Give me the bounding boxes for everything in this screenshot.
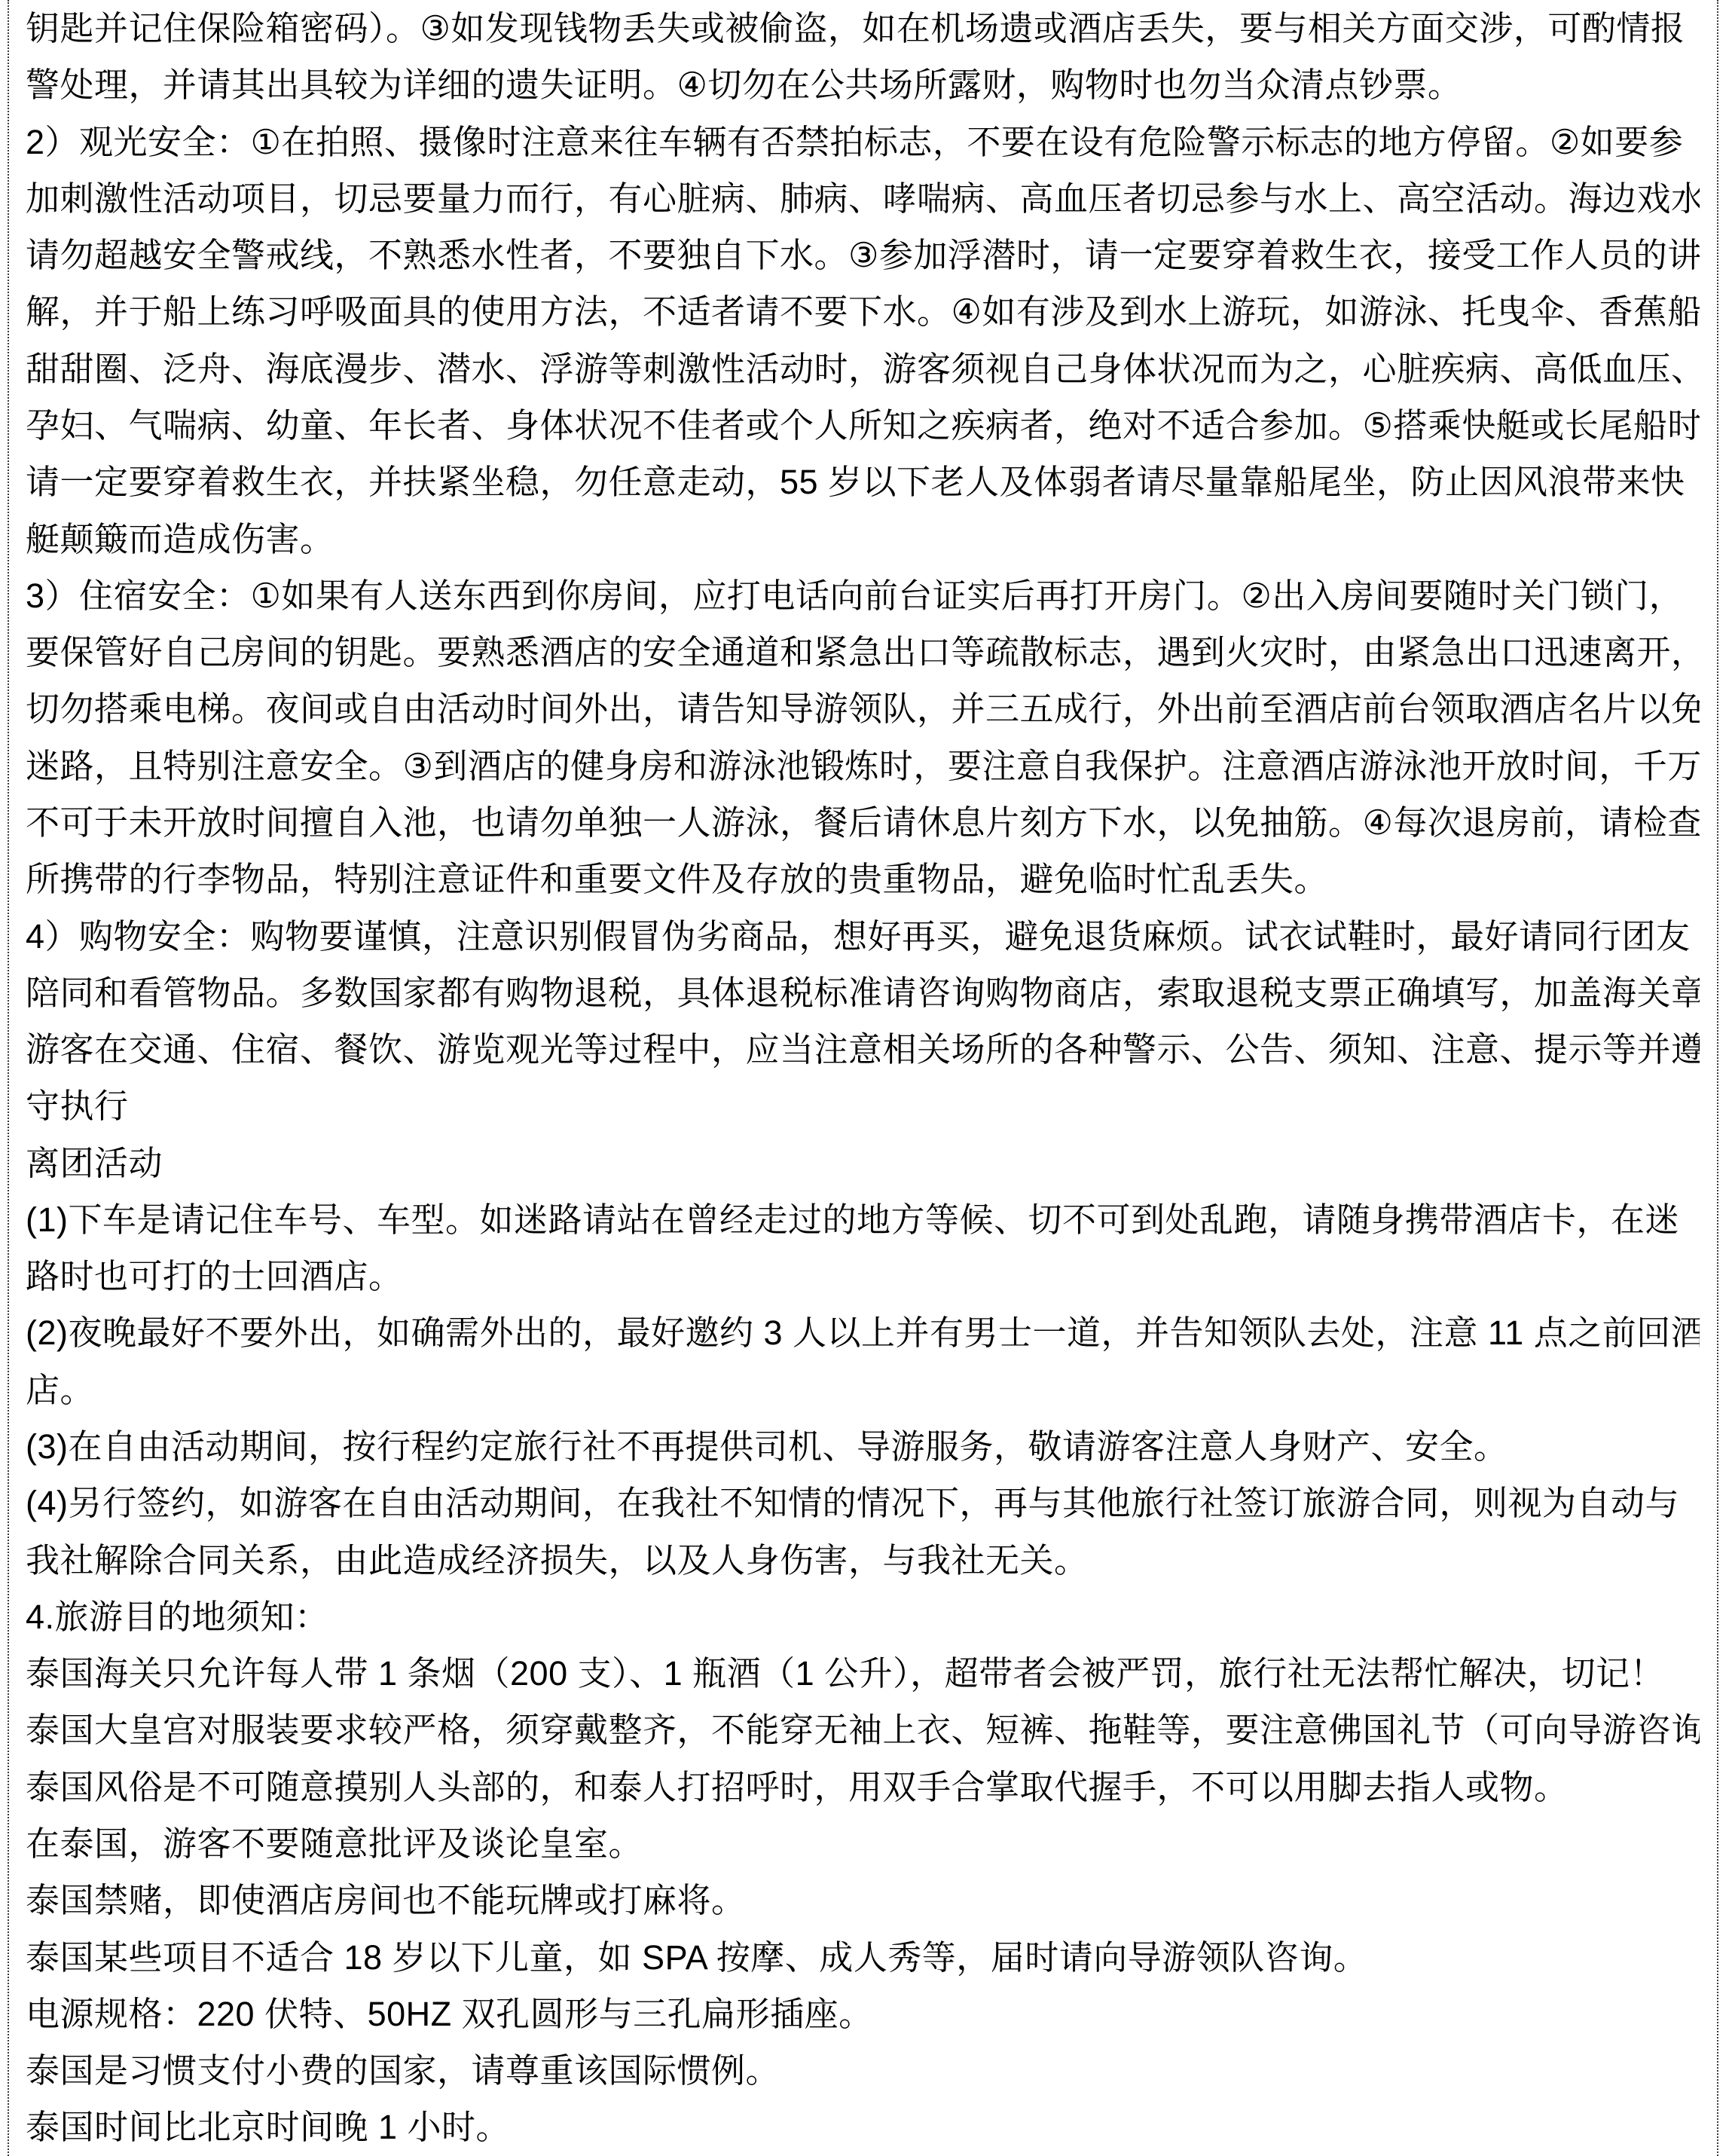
text-line: 4）购物安全：购物要谨慎，注意识别假冒伪劣商品，想好再买，避免退货麻烦。试衣试鞋… (26, 908, 1700, 965)
text-line: 游客在交通、住宿、餐饮、游览观光等过程中，应当注意相关场所的各种警示、公告、须知… (26, 1021, 1700, 1078)
text-line: (3)在自由活动期间，按行程约定旅行社不再提供司机、导游服务，敬请游客注意人身财… (26, 1418, 1700, 1475)
text-line: 泰国是习惯支付小费的国家，请尊重该国际惯例。 (26, 2042, 1700, 2099)
text-line: 2）观光安全：①在拍照、摄像时注意来往车辆有否禁拍标志，不要在设有危险警示标志的… (26, 114, 1700, 170)
text-line: 警处理，并请其出具较为详细的遗失证明。④切勿在公共场所露财，购物时也勿当众清点钞… (26, 57, 1700, 113)
text-line: 我社解除合同关系，由此造成经济损失，以及人身伤害，与我社无关。 (26, 1532, 1700, 1589)
text-line: 电源规格：220 伏特、50HZ 双孔圆形与三孔扁形插座。 (26, 1986, 1700, 2042)
left-margin-guide (8, 0, 9, 2156)
document-page: 钥匙并记住保险箱密码）。③如发现钱物丢失或被偷盗，如在机场遗或酒店丢失，要与相关… (0, 0, 1732, 2156)
text-line: 所携带的行李物品，特别注意证件和重要文件及存放的贵重物品，避免临时忙乱丢失。 (26, 851, 1700, 907)
text-line: (2)夜晚最好不要外出，如确需外出的，最好邀约 3 人以上并有男士一道，并告知领… (26, 1304, 1700, 1361)
text-line: 4.旅游目的地须知： (26, 1589, 1700, 1645)
text-line: 钥匙并记住保险箱密码）。③如发现钱物丢失或被偷盗，如在机场遗或酒店丢失，要与相关… (26, 0, 1700, 57)
text-line: 切勿搭乘电梯。夜间或自由活动时间外出，请告知导游领队，并三五成行，外出前至酒店前… (26, 680, 1700, 737)
text-line: 泰国时间比北京时间晚 1 小时。 (26, 2099, 1700, 2155)
text-line: 迷路，且特别注意安全。③到酒店的健身房和游泳池锻炼时，要注意自我保护。注意酒店游… (26, 738, 1700, 794)
text-line: 加刺激性活动项目，切忌要量力而行，有心脏病、肺病、哮喘病、高血压者切忌参与水上、… (26, 170, 1700, 227)
text-line: 艇颠簸而造成伤害。 (26, 511, 1700, 567)
text-line: 离团活动 (26, 1135, 1700, 1191)
text-line: 陪同和看管物品。多数国家都有购物退税，具体退税标准请咨询购物商店，索取退税支票正… (26, 965, 1700, 1021)
text-line: 甜甜圈、泛舟、海底漫步、潜水、浮游等刺激性活动时，游客须视自己身体状况而为之，心… (26, 341, 1700, 397)
text-line: 守执行 (26, 1078, 1700, 1134)
text-line: 3）住宿安全：①如果有人送东西到你房间，应打电话向前台证实后再打开房门。②出入房… (26, 567, 1700, 624)
text-line: 请勿超越安全警戒线，不熟悉水性者，不要独自下水。③参加浮潜时，请一定要穿着救生衣… (26, 227, 1700, 283)
text-line: 泰国禁赌，即使酒店房间也不能玩牌或打麻将。 (26, 1872, 1700, 1928)
text-line: 店。 (26, 1362, 1700, 1418)
right-margin-guide (1717, 0, 1718, 2156)
text-line: 泰国某些项目不适合 18 岁以下儿童，如 SPA 按摩、成人秀等，届时请向导游领… (26, 1929, 1700, 1986)
text-line: 泰国大皇宫对服装要求较严格，须穿戴整齐，不能穿无袖上衣、短裤、拖鞋等，要注意佛国… (26, 1702, 1700, 1758)
text-line: 解，并于船上练习呼吸面具的使用方法，不适者请不要下水。④如有涉及到水上游玩，如游… (26, 283, 1700, 340)
text-line: 要保管好自己房间的钥匙。要熟悉酒店的安全通道和紧急出口等疏散标志，遇到火灾时，由… (26, 624, 1700, 680)
text-line: (4)另行签约，如游客在自由活动期间，在我社不知情的情况下，再与其他旅行社签订旅… (26, 1475, 1700, 1531)
text-line: 路时也可打的士回酒店。 (26, 1248, 1700, 1304)
text-line: 孕妇、气喘病、幼童、年长者、身体状况不佳者或个人所知之疾病者，绝对不适合参加。⑤… (26, 397, 1700, 454)
text-line: 请一定要穿着救生衣，并扶紧坐稳，勿任意走动，55 岁以下老人及体弱者请尽量靠船尾… (26, 454, 1700, 510)
text-line: 在泰国，游客不要随意批评及谈论皇室。 (26, 1815, 1700, 1872)
text-line: 泰国海关只允许每人带 1 条烟（200 支）、1 瓶酒（1 公升），超带者会被严… (26, 1645, 1700, 1702)
text-line: 不可于未开放时间擅自入池，也请勿单独一人游泳，餐后请休息片刻方下水，以免抽筋。④… (26, 794, 1700, 851)
text-line: (1)下车是请记住车号、车型。如迷路请站在曾经走过的地方等候、切不可到处乱跑，请… (26, 1191, 1700, 1248)
document-text-area: 钥匙并记住保险箱密码）。③如发现钱物丢失或被偷盗，如在机场遗或酒店丢失，要与相关… (26, 0, 1700, 2156)
text-line: 泰国风俗是不可随意摸别人头部的，和泰人打招呼时，用双手合掌取代握手，不可以用脚去… (26, 1759, 1700, 1815)
